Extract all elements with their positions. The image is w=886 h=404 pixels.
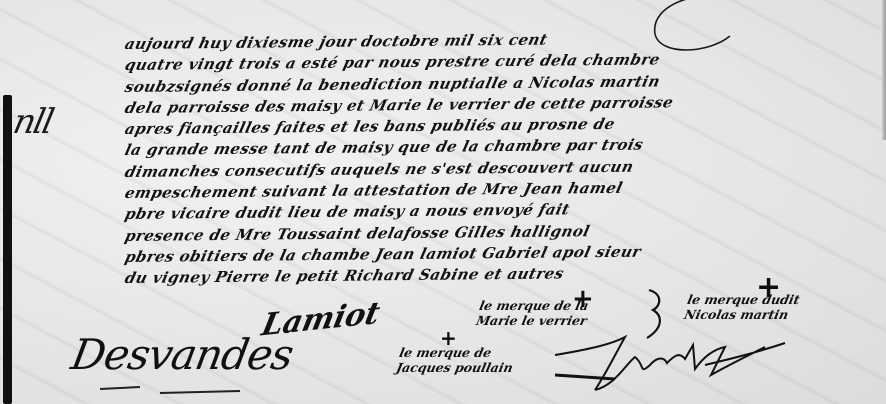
manuscript-page: nll aujourd huy dixiesme jour doctobre m…	[0, 0, 886, 404]
brace-icon	[645, 288, 669, 340]
bride-mark: le merque de la Marie le verrier	[475, 298, 592, 328]
register-entry: aujourd huy dixiesme jour doctobre mil s…	[125, 34, 885, 290]
bride-name: Marie le verrier	[475, 313, 589, 328]
witness-mark-caption: le merque de	[398, 345, 518, 360]
margin-note: nll	[10, 102, 56, 142]
witness-name: Jacques poullain	[395, 360, 515, 375]
bride-mark-caption: le merque de la	[478, 298, 592, 313]
signature-desvandes: Desvandes	[68, 330, 297, 379]
groom-mark-caption: le merque dudit	[686, 292, 801, 307]
underline-flourish-icon	[100, 385, 250, 397]
signature-apol	[555, 335, 795, 395]
groom-name: Nicolas martin	[683, 307, 798, 322]
witness-mark: le merque de Jacques poullain	[395, 345, 518, 375]
groom-mark: le merque dudit Nicolas martin	[683, 292, 801, 322]
